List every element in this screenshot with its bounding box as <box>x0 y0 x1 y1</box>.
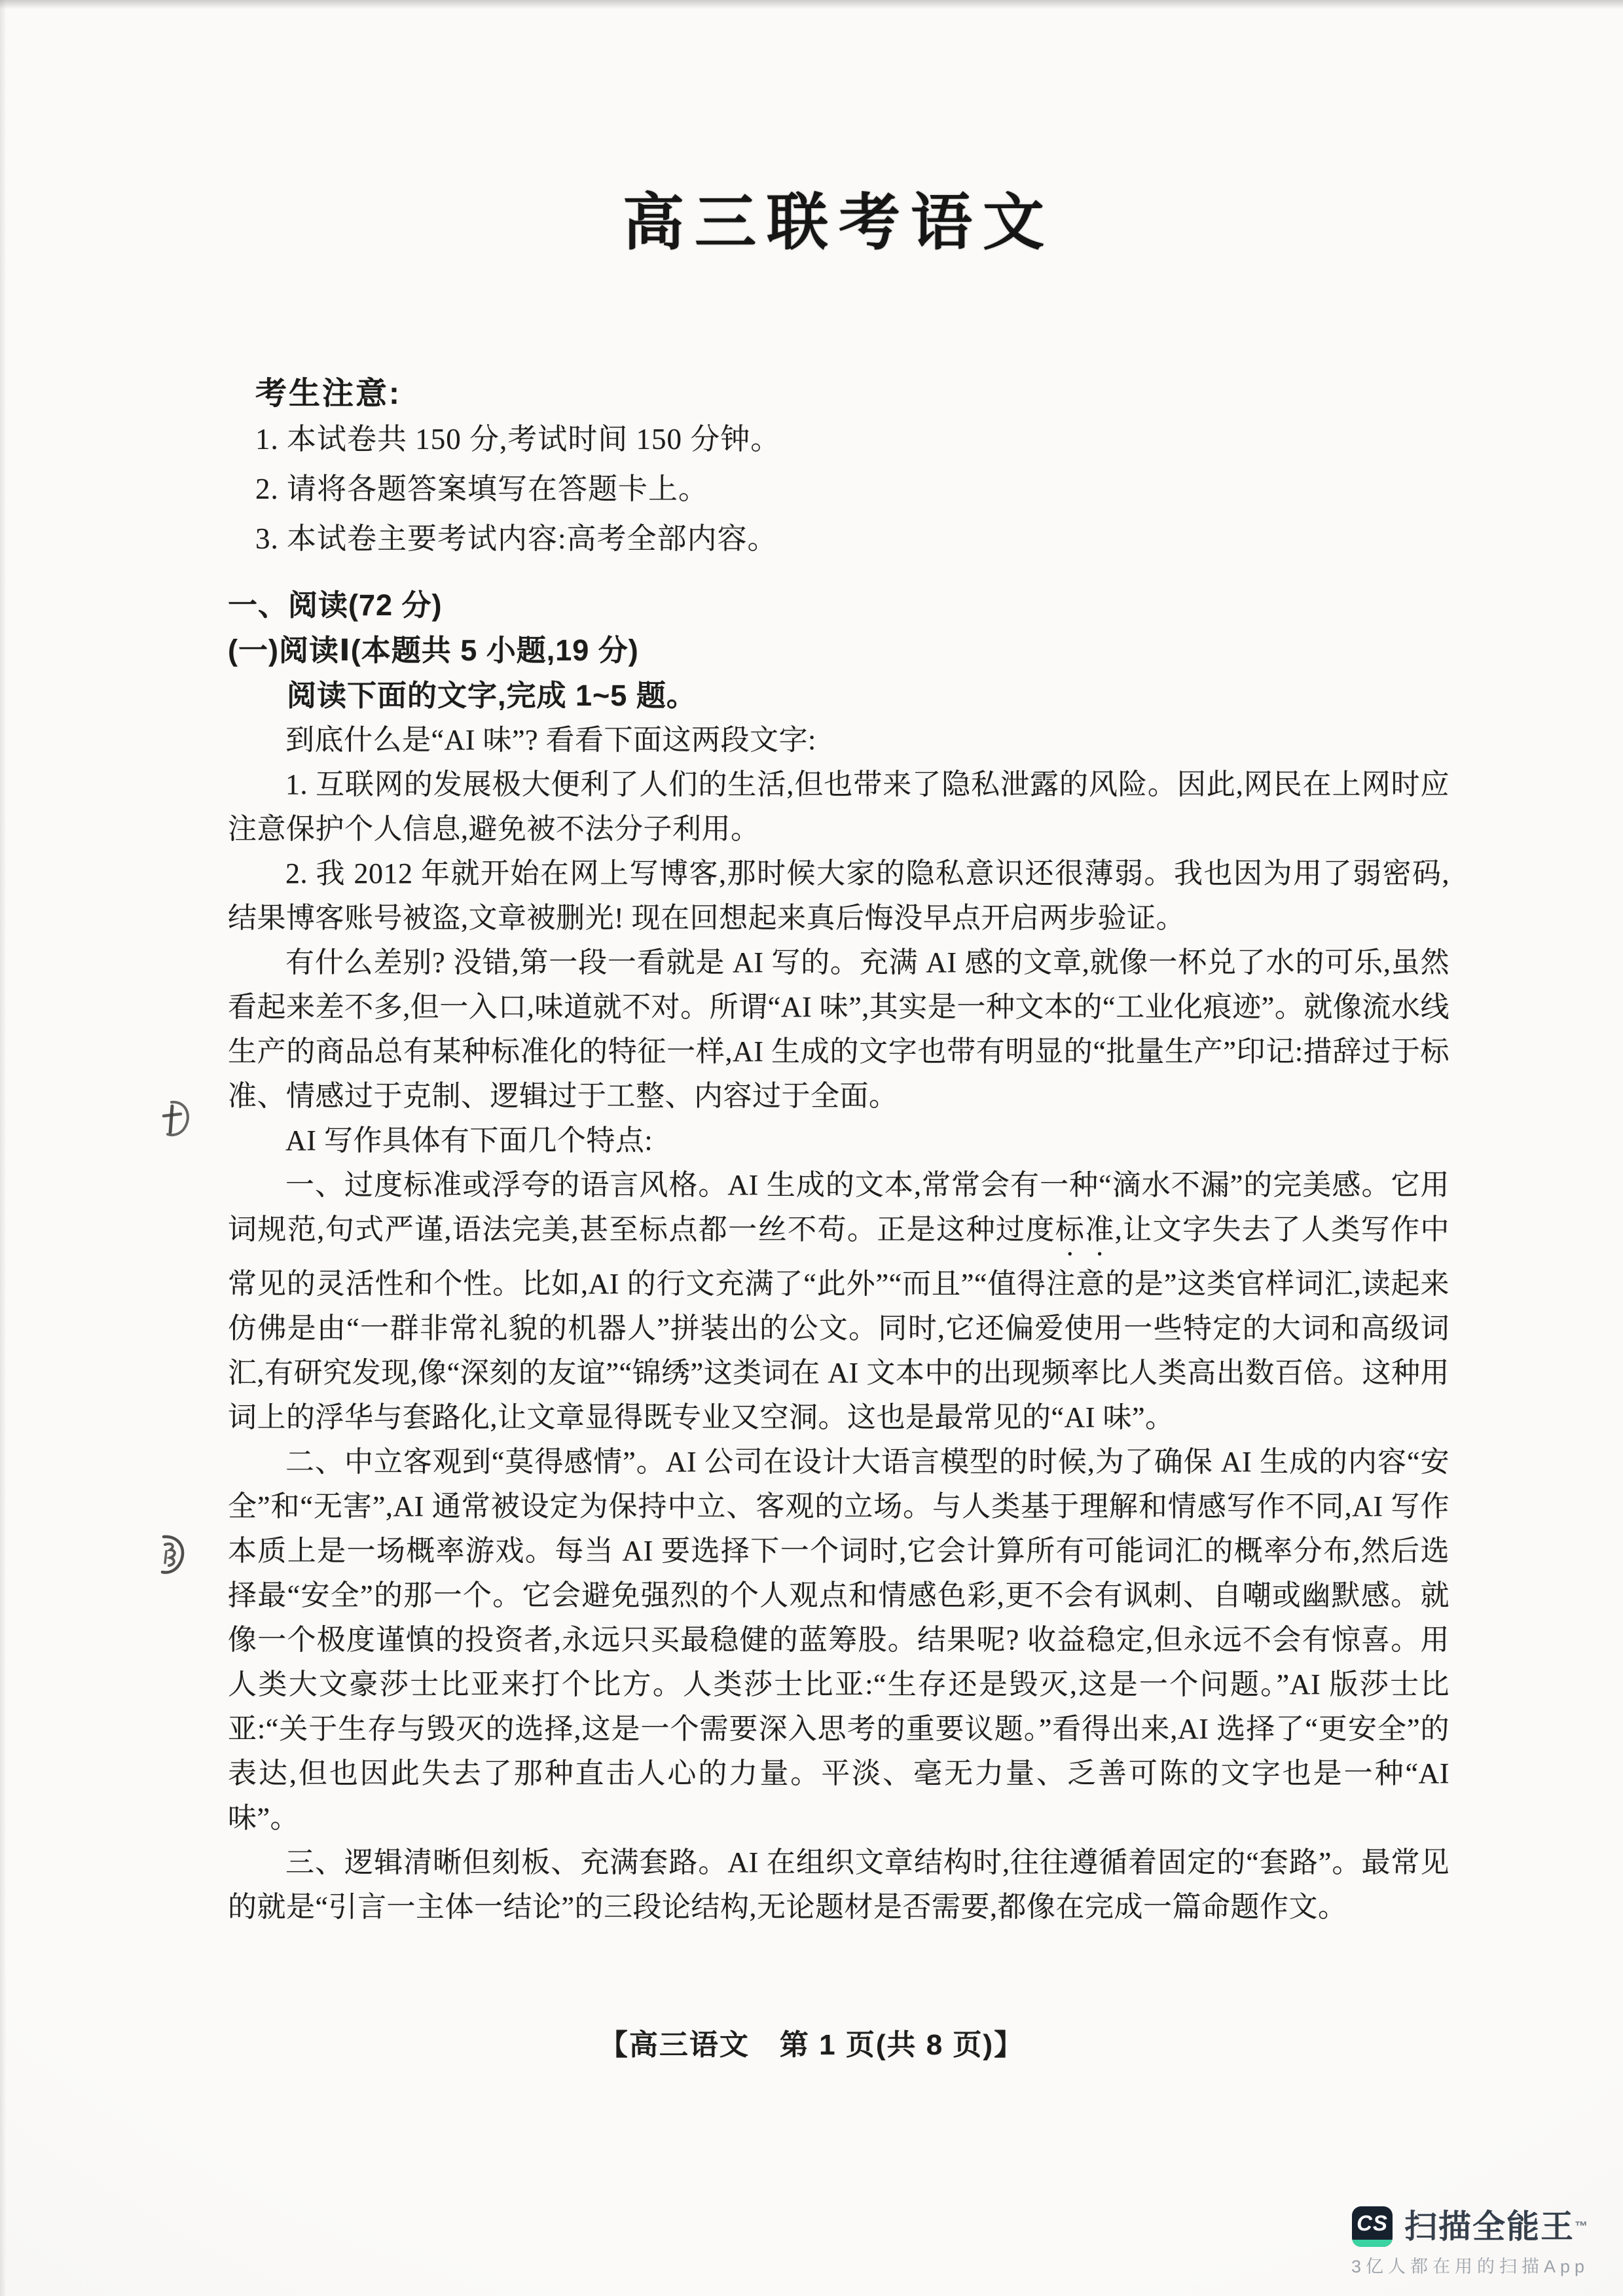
passage-intro: 到底什么是“AI 味”? 看看下面这两段文字: <box>228 718 1450 762</box>
passage-feature-1: 一、过度标准或浮夸的语言风格。AI 生成的文本,常常会有一种“滴水不漏”的完美感… <box>228 1163 1450 1440</box>
camscanner-watermark: CS 扫描全能王™ 3亿人都在用的扫描App <box>1314 2206 1589 2278</box>
notice-item-3: 3. 本试卷主要考试内容:高考全部内容。 <box>255 514 1450 564</box>
notice-item-2: 2. 请将各题答案填写在答题卡上。 <box>255 464 1450 514</box>
notice-section: 考生注意: 1. 本试卷共 150 分,考试时间 150 分钟。 2. 请将各题… <box>228 374 1450 564</box>
passage-comparison: 有什么差别? 没错,第一段一看就是 AI 写的。充满 AI 感的文章,就像一杯兑… <box>228 941 1450 1119</box>
trademark-symbol: ™ <box>1575 2219 1589 2234</box>
scan-edge-shadow-left <box>0 0 7 2296</box>
passage-feature-3: 三、逻辑清晰但刻板、充满套路。AI 在组织文章结构时,往往遵循着固定的“套路”。… <box>228 1840 1450 1929</box>
passage-feature-2: 二、中立客观到“莫得感情”。AI 公司在设计大语言模型的时候,为了确保 AI 生… <box>228 1440 1450 1840</box>
passage-features-intro: AI 写作具体有下面几个特点: <box>228 1119 1450 1163</box>
subsection-heading-reading-1: (一)阅读Ⅰ(本题共 5 小题,19 分) <box>228 628 1450 673</box>
page-content: 高三联考语文 考生注意: 1. 本试卷共 150 分,考试时间 150 分钟。 … <box>228 0 1450 1929</box>
scanned-exam-page: 高三联考语文 考生注意: 1. 本试卷共 150 分,考试时间 150 分钟。 … <box>0 0 1623 2296</box>
feature-1-emphasized-word: 标准 <box>1055 1213 1115 1246</box>
page-number-footer: 【高三语文 第 1 页(共 8 页)】 <box>0 2021 1623 2063</box>
section-heading-reading: 一、阅读(72 分) <box>228 583 1450 628</box>
camscanner-app-name: 扫描全能王™ <box>1404 2206 1589 2247</box>
camscanner-tagline: 3亿人都在用的扫描App <box>1314 2252 1589 2278</box>
notice-item-1: 1. 本试卷共 150 分,考试时间 150 分钟。 <box>255 414 1450 464</box>
exam-body: 一、阅读(72 分) (一)阅读Ⅰ(本题共 5 小题,19 分) 阅读下面的文字… <box>228 583 1450 1929</box>
notice-heading: 考生注意: <box>255 374 1450 414</box>
handwritten-circle-mark-1-icon <box>155 1098 196 1140</box>
passage-example-1: 1. 互联网的发展极大便利了人们的生活,但也带来了隐私泄露的风险。因此,网民在上… <box>228 762 1450 852</box>
handwritten-circle-mark-2-icon <box>145 1534 189 1577</box>
camscanner-logo-accent-bar <box>1352 2240 1393 2247</box>
page-title: 高三联考语文 <box>228 187 1450 259</box>
passage-example-2: 2. 我 2012 年就开始在网上写博客,那时候大家的隐私意识还很薄弱。我也因为… <box>228 852 1450 941</box>
camscanner-logo-icon: CS <box>1352 2206 1393 2247</box>
reading-instruction: 阅读下面的文字,完成 1~5 题。 <box>228 673 1450 718</box>
camscanner-logo-letters: CS <box>1352 2210 1393 2236</box>
feature-1-text-after: ,让文字失去了人类写作中常见的灵活性和个性。比如,AI 的行文充满了“此外”“而… <box>228 1213 1450 1433</box>
